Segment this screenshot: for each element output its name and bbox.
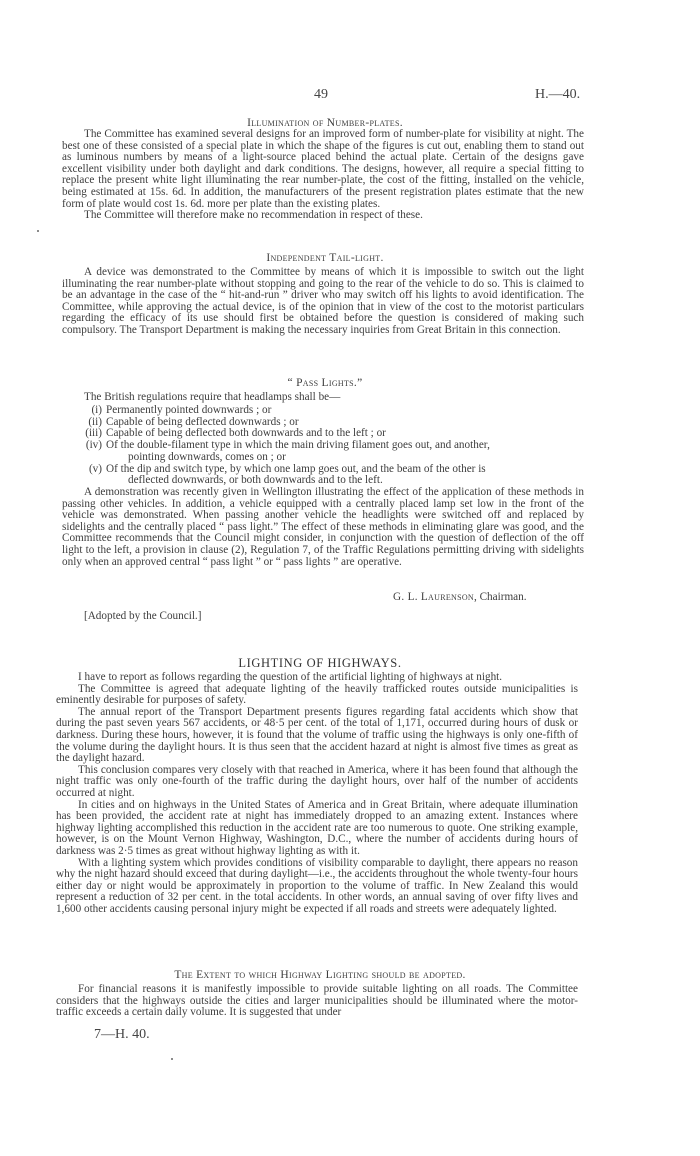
section-heading-tail-light: Independent Tail-light. xyxy=(0,252,650,264)
paragraph: With a lighting system which provides co… xyxy=(56,858,578,916)
paragraph: The Committee will therefore make no rec… xyxy=(62,210,584,222)
section-extent-body: For financial reasons it is manifestly i… xyxy=(56,984,578,1019)
list-item-number: (v) xyxy=(62,464,102,476)
document-reference: H.—40. xyxy=(535,87,580,103)
section-heading-lighting-of-highways: LIGHTING OF HIGHWAYS. xyxy=(0,656,640,671)
page-number: 49 xyxy=(314,87,328,103)
signature-mark: 7—H. 40. xyxy=(94,1027,150,1043)
scan-speck xyxy=(171,1058,173,1060)
paragraph: In cities and on highways in the United … xyxy=(56,800,578,858)
section-heading-extent: The Extent to which Highway Lighting sho… xyxy=(0,969,640,981)
signature-title: , Chairman. xyxy=(474,591,527,603)
adopted-note: [Adopted by the Council.] xyxy=(84,610,201,622)
scan-speck xyxy=(37,230,39,232)
section-highways-body: I have to report as follows regarding th… xyxy=(56,672,578,915)
paragraph: A demonstration was recently given in We… xyxy=(62,487,584,568)
signature-name: G. L. Laurenson xyxy=(393,591,474,603)
paragraph: I have to report as follows regarding th… xyxy=(56,672,578,684)
section-heading-pass-lights: “ Pass Lights.” xyxy=(0,377,650,389)
chairman-signature: G. L. Laurenson, Chairman. xyxy=(393,591,527,603)
paragraph: The annual report of the Transport Depar… xyxy=(56,707,578,765)
list-item-continuation: pointing downwards, comes on ; or xyxy=(106,452,584,464)
document-page: 49 H.—40. Illumination of Number-plates.… xyxy=(0,0,700,1156)
list-item-number: (i) xyxy=(62,405,102,417)
list-item: (i) Permanently pointed downwards ; or xyxy=(62,405,584,417)
paragraph: This conclusion compares very closely wi… xyxy=(56,765,578,800)
pass-lights-body: A demonstration was recently given in We… xyxy=(62,487,584,568)
list-item: (v) Of the dip and switch type, by which… xyxy=(62,464,584,487)
section-tail-light-body: A device was demonstrated to the Committ… xyxy=(62,267,584,337)
paragraph: The Committee is agreed that adequate li… xyxy=(56,684,578,707)
pass-lights-intro: The British regulations require that hea… xyxy=(62,392,584,404)
regulations-list: (i) Permanently pointed downwards ; or (… xyxy=(62,405,584,487)
paragraph: The Committee has examined several desig… xyxy=(62,129,584,210)
list-item: (iv) Of the double-filament type in whic… xyxy=(62,440,584,463)
paragraph: A device was demonstrated to the Committ… xyxy=(62,267,584,337)
paragraph: For financial reasons it is manifestly i… xyxy=(56,984,578,1019)
section-number-plates-body: The Committee has examined several desig… xyxy=(62,129,584,222)
paragraph: The British regulations require that hea… xyxy=(62,392,584,404)
list-item-text: Permanently pointed downwards ; or xyxy=(106,405,584,417)
list-item-number: (iv) xyxy=(62,440,102,452)
